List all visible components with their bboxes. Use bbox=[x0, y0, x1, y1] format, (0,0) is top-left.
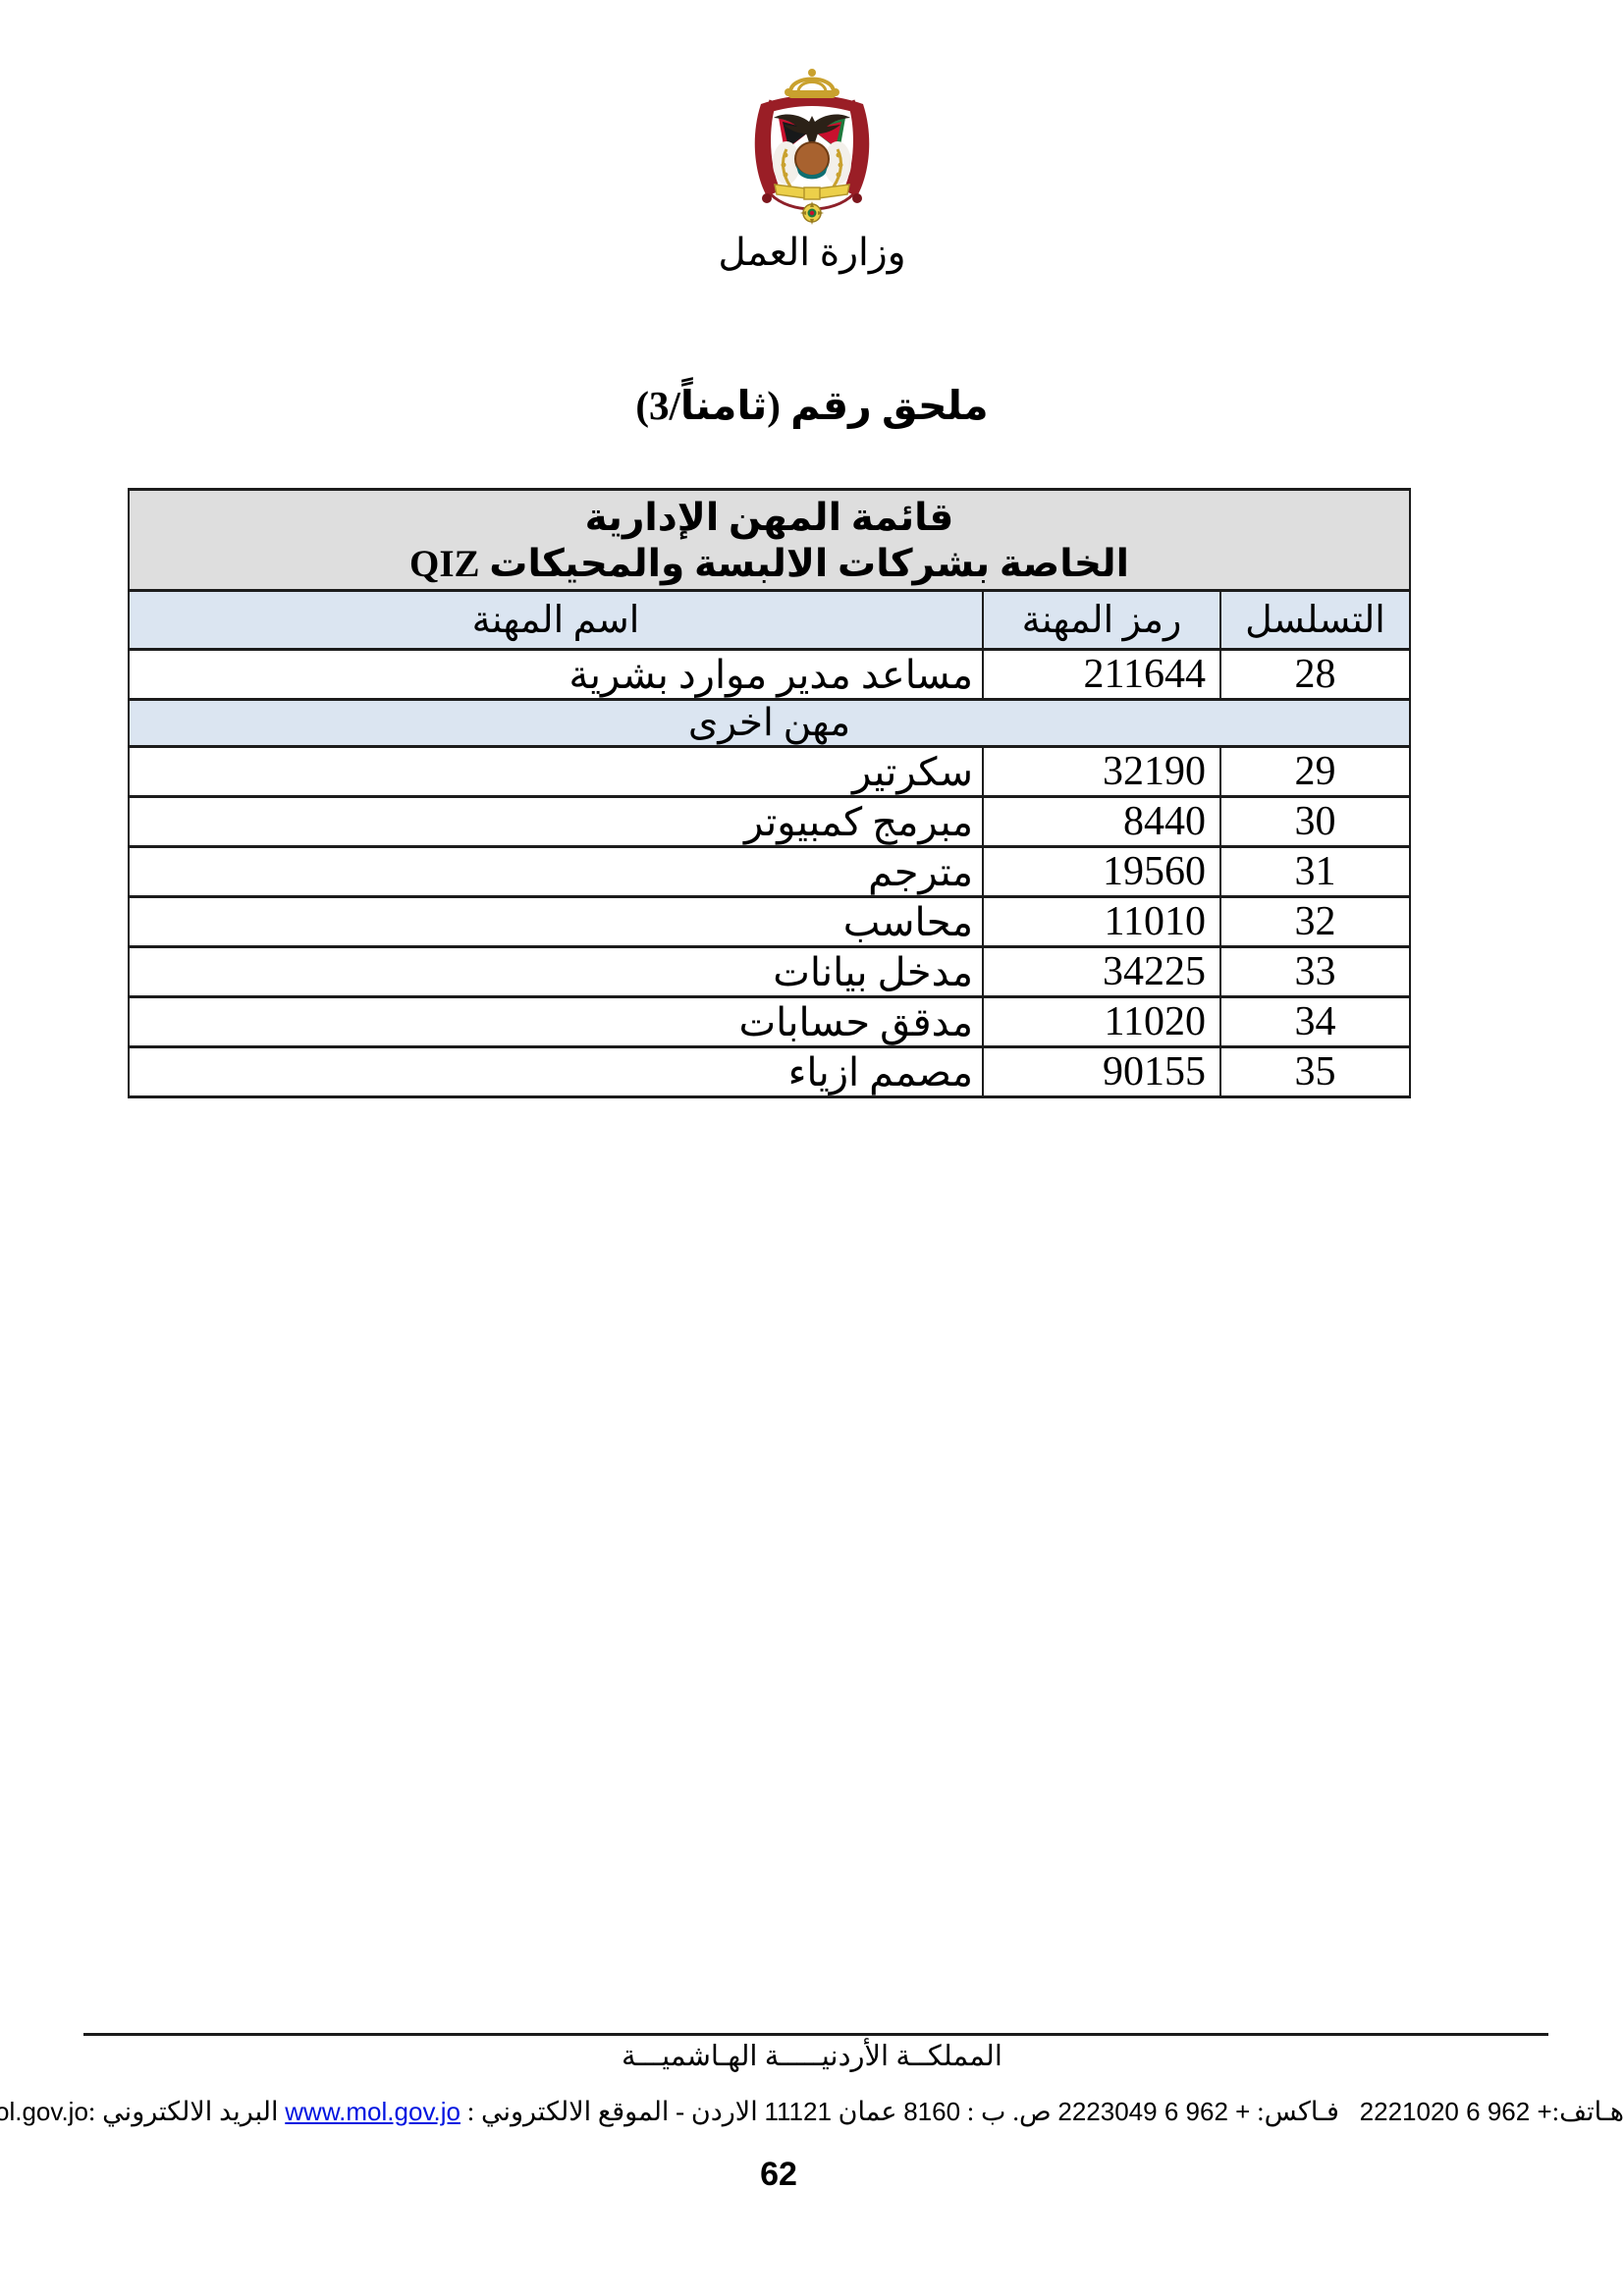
code-cell: 90155 bbox=[983, 1047, 1220, 1097]
column-header-serial: التسلسل bbox=[1220, 591, 1410, 650]
name-cell: مدقق حسابات bbox=[129, 997, 983, 1047]
zip-number: 11121 bbox=[764, 2097, 831, 2126]
phone-number: + 962 6 2221020 bbox=[1360, 2097, 1552, 2126]
ministry-name: وزارة العمل bbox=[0, 232, 1624, 275]
table-row: 35 90155 مصمم ازياء bbox=[129, 1047, 1410, 1097]
kingdom-name: المملكــة الأردنيـــــة الهـاشميـــة bbox=[0, 2041, 1624, 2072]
name-cell: مدخل بيانات bbox=[129, 947, 983, 997]
code-cell: 34225 bbox=[983, 947, 1220, 997]
fax-number: + 962 6 2223049 bbox=[1057, 2097, 1250, 2126]
table-title-cell: قائمة المهن الإدارية الخاصة بشركات الالب… bbox=[129, 490, 1410, 591]
serial-cell: 30 bbox=[1220, 797, 1410, 847]
table-row: 33 34225 مدخل بيانات bbox=[129, 947, 1410, 997]
code-cell: 211644 bbox=[983, 650, 1220, 700]
city-label: عمان bbox=[839, 2097, 897, 2126]
footer-contact-line: هـاتف:+ 962 6 2221020 فـاكس: + 962 6 222… bbox=[0, 2095, 1624, 2128]
code-cell: 19560 bbox=[983, 847, 1220, 897]
country-website-label: الاردن - الموقع الالكتروني : bbox=[467, 2097, 758, 2126]
jordan-coat-of-arms-icon bbox=[731, 65, 893, 230]
email-address: dewan@mol.gov.jo bbox=[0, 2097, 88, 2126]
table-title-line2: الخاصة بشركات الالبسة والمحيكات QIZ bbox=[130, 541, 1409, 587]
code-cell: 32190 bbox=[983, 747, 1220, 797]
page-number: 62 bbox=[0, 2157, 1591, 2192]
table-row: 31 19560 مترجم bbox=[129, 847, 1410, 897]
table-header-row: التسلسل رمز المهنة اسم المهنة bbox=[129, 591, 1410, 650]
table-row: 30 8440 مبرمج كمبيوتر bbox=[129, 797, 1410, 847]
table-row: 29 32190 سكرتير bbox=[129, 747, 1410, 797]
column-header-code: رمز المهنة bbox=[983, 591, 1220, 650]
table-row: 34 11020 مدقق حسابات bbox=[129, 997, 1410, 1047]
name-cell: مترجم bbox=[129, 847, 983, 897]
serial-cell: 29 bbox=[1220, 747, 1410, 797]
code-cell: 11020 bbox=[983, 997, 1220, 1047]
pobox-number: 8160 bbox=[903, 2097, 960, 2126]
serial-cell: 35 bbox=[1220, 1047, 1410, 1097]
website-link[interactable]: www.mol.gov.jo bbox=[285, 2097, 460, 2126]
table-title-row: قائمة المهن الإدارية الخاصة بشركات الالب… bbox=[129, 490, 1410, 591]
name-cell: مصمم ازياء bbox=[129, 1047, 983, 1097]
email-label: البريد الالكتروني : bbox=[88, 2097, 279, 2126]
section-row: مهن اخرى bbox=[129, 700, 1410, 747]
column-header-name: اسم المهنة bbox=[129, 591, 983, 650]
serial-cell: 34 bbox=[1220, 997, 1410, 1047]
serial-cell: 28 bbox=[1220, 650, 1410, 700]
phone-label: هـاتف: bbox=[1552, 2097, 1624, 2126]
code-cell: 8440 bbox=[983, 797, 1220, 847]
document-page: وزارة العمل ملحق رقم (ثامناً/3) قائمة ال… bbox=[0, 0, 1624, 2296]
annex-title: ملحق رقم (ثامناً/3) bbox=[0, 382, 1624, 429]
coat-of-arms-logo bbox=[731, 65, 893, 230]
name-cell: محاسب bbox=[129, 897, 983, 947]
name-cell: مبرمج كمبيوتر bbox=[129, 797, 983, 847]
serial-cell: 31 bbox=[1220, 847, 1410, 897]
occupations-table: قائمة المهن الإدارية الخاصة بشركات الالب… bbox=[128, 488, 1411, 1098]
fax-label: فـاكس: bbox=[1257, 2097, 1339, 2126]
code-cell: 11010 bbox=[983, 897, 1220, 947]
serial-cell: 33 bbox=[1220, 947, 1410, 997]
serial-cell: 32 bbox=[1220, 897, 1410, 947]
name-cell: مساعد مدير موارد بشرية bbox=[129, 650, 983, 700]
table-row: 32 11010 محاسب bbox=[129, 897, 1410, 947]
qiz-label: QIZ bbox=[409, 543, 480, 585]
table-title-line2-arabic: الخاصة بشركات الالبسة والمحيكات bbox=[489, 543, 1129, 585]
table-row: 28 211644 مساعد مدير موارد بشرية bbox=[129, 650, 1410, 700]
footer-divider bbox=[83, 2033, 1548, 2036]
table-title-line1: قائمة المهن الإدارية bbox=[130, 495, 1409, 541]
pobox-label: ص. ب : bbox=[967, 2097, 1052, 2126]
section-label: مهن اخرى bbox=[129, 700, 1410, 747]
name-cell: سكرتير bbox=[129, 747, 983, 797]
